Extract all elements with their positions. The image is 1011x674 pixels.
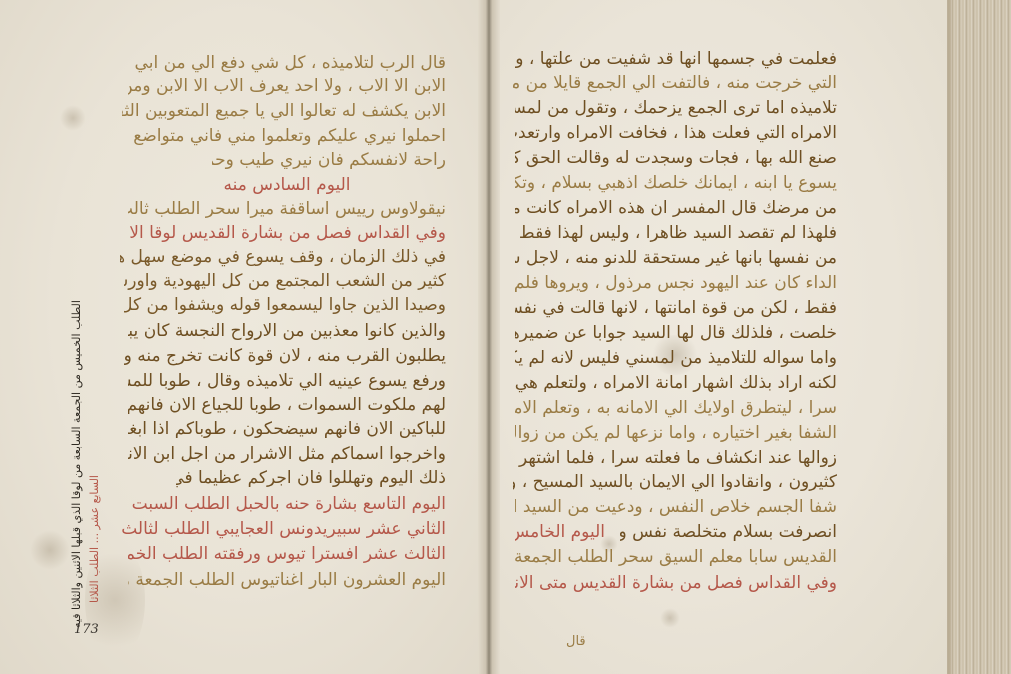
text-line: التي خرجت منه ، فالتفت الي الجمع قايلا م… bbox=[513, 72, 837, 94]
manuscript-spread: قال الرب لتلاميذه ، كل شي دفع الي من ابي… bbox=[0, 0, 1011, 674]
text-line: صنع الله بها ، فجات وسجدت له وقالت الحق … bbox=[515, 147, 837, 169]
text-line: كثير من الشعب المجتمع من كل اليهودية واو… bbox=[124, 270, 446, 292]
text-line: زوالها عند انكشاف ما فعلته سرا ، فلما اش… bbox=[515, 447, 837, 469]
text-line: فلهذا لم تقصد السيد ظاهرا ، وليس لهذا فق… bbox=[515, 222, 837, 244]
folio-number: 173 bbox=[74, 622, 99, 637]
text-line: يسوع يا ابنه ، ايمانك خلصك اذهبي بسلام ،… bbox=[515, 172, 837, 194]
marginal-note: الطلب الخميس من الجمعة السابعة من لوقا ا… bbox=[70, 300, 83, 520]
rubric-heading: اليوم السادس منه bbox=[212, 174, 362, 196]
calendar-line: الثالث عشر افسترا تيوس ورفقته الطلب الخم… bbox=[128, 543, 446, 565]
text-line: خلصت ، فلذلك قال لها السيد جوابا عن ضمير… bbox=[515, 322, 837, 344]
text-line: الامراه التي فعلت هذا ، فخافت الامراه وا… bbox=[515, 122, 837, 144]
text-line: انصرفت بسلام متخلصة نفس وجسم ✢ bbox=[620, 521, 837, 543]
text-line: لكنه اراد بذلك اشهار امانة الامراه ، ولت… bbox=[515, 372, 837, 394]
rubric-line: وفي القداس فصل من بشارة القديس متى الانج… bbox=[515, 572, 837, 594]
text-line: فقط ، لكن من قوة امانتها ، لانها قالت في… bbox=[515, 297, 837, 319]
text-line: احملوا نيري عليكم وتعلموا مني فاني متواض… bbox=[128, 125, 446, 147]
text-line: واما سواله للتلاميذ من لمسني فليس لانه ل… bbox=[515, 347, 837, 369]
text-line: فعلمت في جسمها انها قد شفيت من علتها ، و… bbox=[515, 48, 837, 70]
text-line: الداء كان عند اليهود نجس مرذول ، ويروها … bbox=[515, 272, 837, 294]
text-line: ذلك اليوم وتهللوا فان اجركم عظيما في الس… bbox=[176, 467, 446, 489]
text-line: من نفسها بانها غير مستحقة للدنو منه ، لا… bbox=[515, 247, 837, 269]
rubric-heading: اليوم الخامس bbox=[515, 521, 605, 543]
text-line: للباكين الان فانهم سيضحكون ، طوباكم اذا … bbox=[128, 418, 446, 440]
page-fore-edge bbox=[947, 0, 1011, 674]
text-line: كثيرون ، وانقادوا الي الايمان بالسيد الم… bbox=[513, 471, 837, 493]
text-line: يطلبون القرب منه ، لان قوة كانت تخرج منه… bbox=[124, 345, 446, 367]
text-line: الابن يكشف له تعالوا الي يا جميع المتعوب… bbox=[122, 100, 446, 122]
text-line: شفا الجسم خلاص النفس ، ودعيت من السيد اب… bbox=[515, 496, 837, 518]
text-line: راحة لانفسكم فان نيري طيب وحملي خفيف ✢ bbox=[212, 149, 446, 171]
text-line: تلاميذه اما ترى الجمع يزحمك ، وتقول من ل… bbox=[515, 97, 837, 119]
calendar-line: الثاني عشر سبيريدونس العجايبي الطلب لثال… bbox=[120, 518, 446, 540]
text-line: الشفا بغير اختياره ، واما نزعها لم يكن م… bbox=[515, 422, 837, 444]
text-line: سرا ، ليتطرق اولايك الي الامانه به ، وتع… bbox=[515, 397, 837, 419]
rubric-line: وفي القداس فصل من بشارة القديس لوقا الان… bbox=[128, 222, 446, 244]
catchword: قال bbox=[566, 634, 586, 649]
text-line: والذين كانوا معذبين من الارواح النجسة كا… bbox=[128, 320, 446, 342]
paper-stain bbox=[30, 530, 70, 570]
paper-stain bbox=[60, 105, 86, 131]
text-line: قال الرب لتلاميذه ، كل شي دفع الي من ابي… bbox=[128, 52, 446, 74]
text-line: الابن الا الاب ، ولا احد يعرف الاب الا ا… bbox=[128, 75, 446, 97]
calendar-line: اليوم التاسع بشارة حنه بالحبل الطلب السب… bbox=[128, 493, 446, 515]
paper-stain bbox=[660, 608, 680, 628]
text-line: القديس سابا معلم السيق سحر الطلب الجمعة … bbox=[515, 546, 837, 568]
text-line: واخرجوا اسماكم مثل الاشرار من اجل ابن ال… bbox=[128, 443, 446, 465]
text-line: من مرضك قال المفسر ان هذه الامراه كانت م… bbox=[515, 197, 837, 219]
text-line: لهم ملكوت السموات ، طوبا للجياع الان فان… bbox=[128, 394, 446, 416]
book-gutter bbox=[478, 0, 500, 674]
marginal-note-rubric: السابع عشر ... الطلب الثلاثا bbox=[88, 475, 101, 585]
text-line: ورفع يسوع عينيه الي تلاميذه وقال ، طوبا … bbox=[128, 370, 446, 392]
text-line: نيقولاوس رييس اساقفة ميرا سحر الطلب ثالث… bbox=[128, 198, 446, 220]
text-line: وصيدا الذين جاوا ليسمعوا قوله ويشفوا من … bbox=[124, 294, 446, 316]
calendar-line: اليوم العشرون البار اغناتيوس الطلب الجمع… bbox=[128, 569, 446, 591]
text-line: في ذلك الزمان ، وقف يسوع في موضع سهل هو … bbox=[120, 246, 446, 268]
